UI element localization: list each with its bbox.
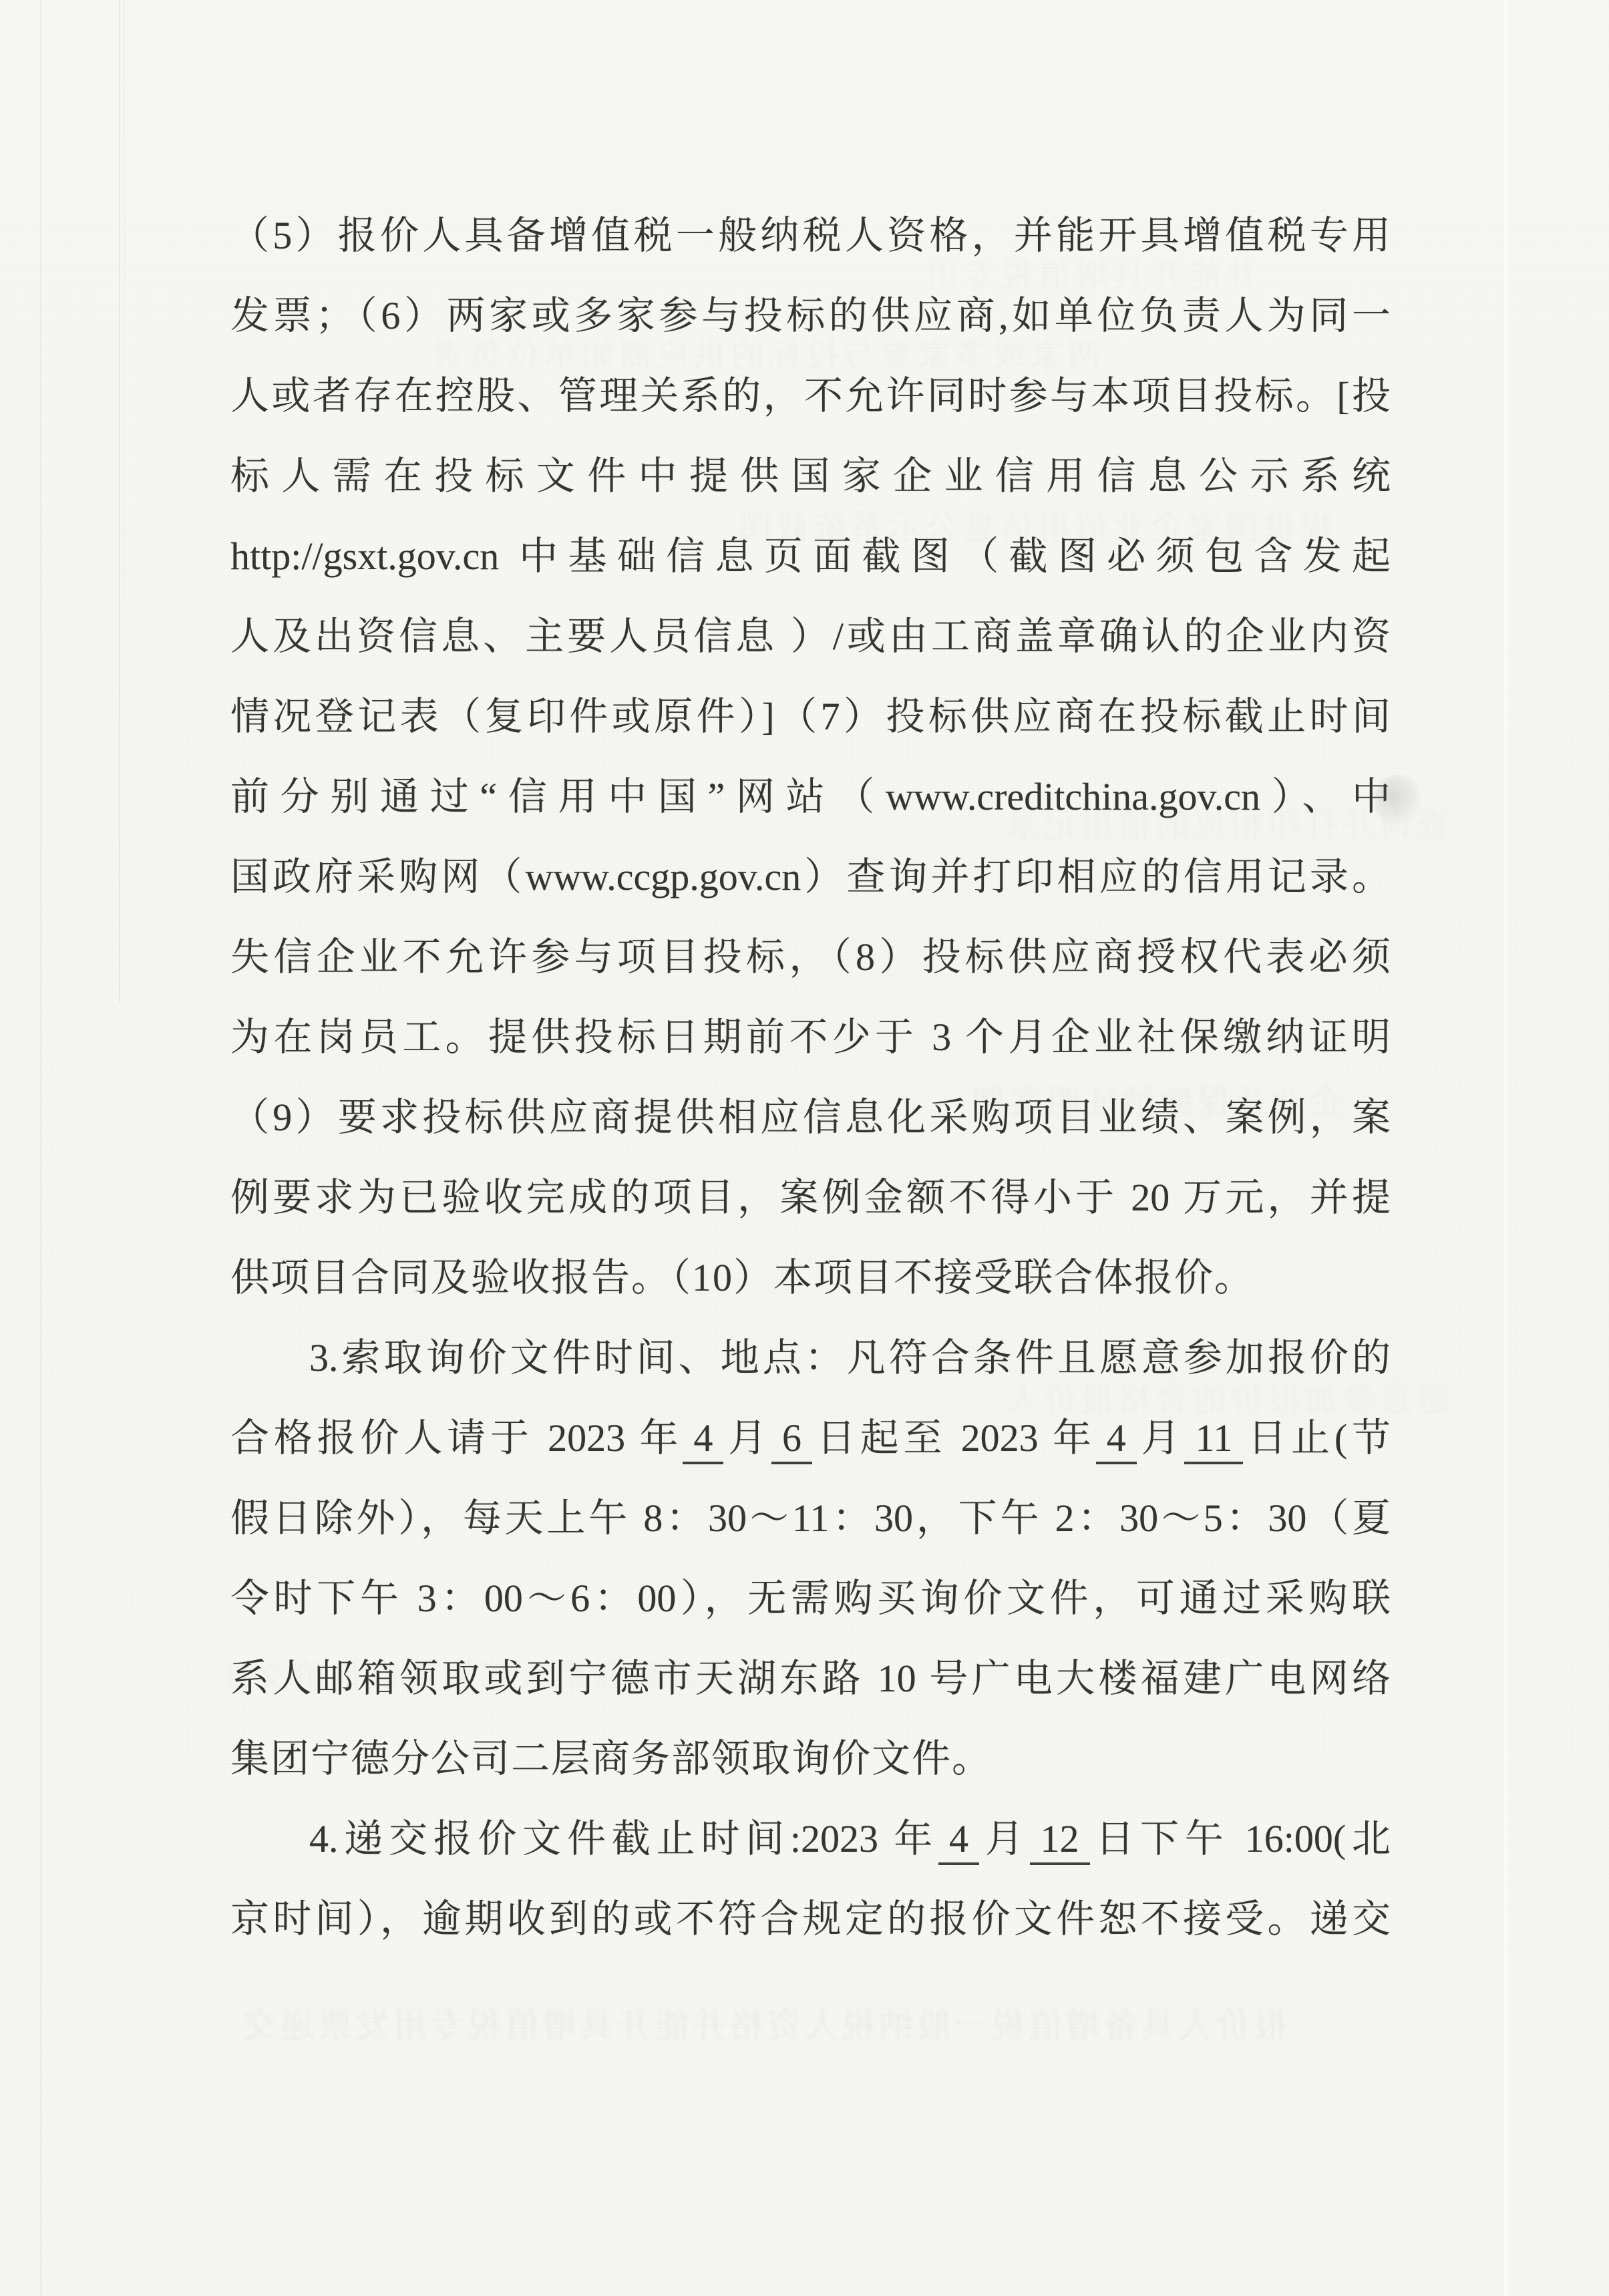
text-segment: 月 [723, 1416, 771, 1460]
text-line: 系人邮箱领取或到宁德市天湖东路 10 号广电大楼福建广电网络 [230, 1639, 1391, 1719]
text-segment: 人及出资信息、主要人员信息 ）/或由工商盖章确认的企业内资 [230, 615, 1391, 658]
underlined-value: 6 [771, 1416, 812, 1464]
text-segment: 日止(节 [1243, 1416, 1391, 1460]
text-line: 供项目合同及验收报告。（10）本项目不接受联合体报价。 [230, 1238, 1391, 1318]
text-segment: 3.索取询价文件时间、地点：凡符合条件且愿意参加报价的 [309, 1336, 1391, 1379]
page-background: 并能开具增值税专用两家或多家参与投标的供应商如单位负责提供国家企业信用信息公示系… [0, 0, 1609, 2296]
text-segment: 月 [979, 1817, 1030, 1860]
text-segment: 京时间），逾期收到的或不符合规定的报价文件恕不接受。递交 [230, 1897, 1391, 1941]
text-segment: 国政府采购网（www.ccgp.gov.cn）查询并打印相应的信用记录。 [230, 855, 1391, 898]
text-segment: 月 [1137, 1416, 1185, 1460]
text-line: 京时间），逾期收到的或不符合规定的报价文件恕不接受。递交 [230, 1879, 1391, 1959]
text-segment: 前分别通过“信用中国”网站（www.creditchina.gov.cn）、中 [230, 775, 1391, 818]
text-line: 发票；（6）两家或多家参与投标的供应商,如单位负责人为同一 [230, 276, 1391, 356]
text-segment: 例要求为已验收完成的项目，案例金额不得小于 20 万元，并提 [230, 1176, 1391, 1219]
text-segment: 情况登记表（复印件或原件）]（7）投标供应商在投标截止时间 [230, 695, 1391, 738]
scan-artifact [1504, 0, 1507, 2296]
text-segment: 假日除外），每天上午 8：30～11：30，下午 2：30～5：30（夏 [230, 1496, 1391, 1540]
underlined-value: 11 [1184, 1416, 1243, 1464]
text-segment: 合格报价人请于 2023 年 [230, 1416, 683, 1460]
underlined-value: 12 [1030, 1817, 1090, 1865]
scan-smudge [1375, 775, 1421, 828]
text-segment: 标人需在投标文件中提供国家企业信用信息公示系统 [230, 454, 1391, 498]
text-line: 假日除外），每天上午 8：30～11：30，下午 2：30～5：30（夏 [230, 1478, 1391, 1559]
text-segment: （9）要求投标供应商提供相应信息化采购项目业绩、案例，案 [230, 1096, 1391, 1139]
document-text: （5）报价人具备增值税一般纳税人资格，并能开具增值税专用发票；（6）两家或多家参… [230, 196, 1391, 1959]
text-line: 4.递交报价文件截止时间:2023 年4月12日下午 16:00(北 [230, 1799, 1391, 1879]
underlined-value: 4 [683, 1416, 723, 1464]
text-line: 国政府采购网（www.ccgp.gov.cn）查询并打印相应的信用记录。 [230, 837, 1391, 917]
text-segment: 集团宁德分公司二层商务部领取询价文件。 [230, 1737, 992, 1780]
text-segment: 为在岗员工。提供投标日期前不少于 3 个月企业社保缴纳证明 [230, 1015, 1391, 1059]
scan-artifact [40, 0, 41, 2296]
text-segment: 发票；（6）两家或多家参与投标的供应商,如单位负责人为同一 [230, 294, 1391, 337]
underlined-value: 4 [938, 1817, 979, 1865]
text-line: 人或者存在控股、管理关系的，不允许同时参与本项目投标。[投 [230, 356, 1391, 436]
text-segment: 人或者存在控股、管理关系的，不允许同时参与本项目投标。[投 [230, 374, 1391, 418]
text-segment: http://gsxt.gov.cn 中基础信息页面截图（截图必须包含发起 [230, 534, 1391, 578]
bleedthrough-text: 报价人具备增值税一般纳税人资格并能开具增值税专用发票递交 [240, 1997, 1288, 2047]
text-line: 失信企业不允许参与项目投标，（8）投标供应商授权代表必须 [230, 917, 1391, 997]
text-line: http://gsxt.gov.cn 中基础信息页面截图（截图必须包含发起 [230, 516, 1391, 597]
text-line: 合格报价人请于 2023 年4月6日起至 2023 年4月11日止(节 [230, 1398, 1391, 1478]
text-line: 集团宁德分公司二层商务部领取询价文件。 [230, 1719, 1391, 1799]
text-segment: 失信企业不允许参与项目投标，（8）投标供应商授权代表必须 [230, 935, 1391, 979]
underlined-value: 4 [1096, 1416, 1137, 1464]
scanned-page: { "page": { "paper_color": "#f6f6f2", "i… [0, 0, 1609, 2296]
text-line: 3.索取询价文件时间、地点：凡符合条件且愿意参加报价的 [230, 1318, 1391, 1398]
text-line: 为在岗员工。提供投标日期前不少于 3 个月企业社保缴纳证明 [230, 997, 1391, 1078]
scan-artifact [124, 0, 125, 601]
text-line: 人及出资信息、主要人员信息 ）/或由工商盖章确认的企业内资 [230, 597, 1391, 677]
text-segment: 4.递交报价文件截止时间:2023 年 [309, 1817, 938, 1860]
text-segment: 日下午 16:00(北 [1090, 1817, 1391, 1860]
text-line: 前分别通过“信用中国”网站（www.creditchina.gov.cn）、中 [230, 757, 1391, 837]
text-line: 例要求为已验收完成的项目，案例金额不得小于 20 万元，并提 [230, 1158, 1391, 1238]
text-line: （9）要求投标供应商提供相应信息化采购项目业绩、案例，案 [230, 1078, 1391, 1158]
text-segment: 令时下午 3：00～6：00），无需购买询价文件，可通过采购联 [230, 1577, 1391, 1620]
text-segment: 日起至 2023 年 [812, 1416, 1096, 1460]
text-line: 标人需在投标文件中提供国家企业信用信息公示系统 [230, 436, 1391, 516]
scan-artifact [119, 0, 120, 1002]
text-line: （5）报价人具备增值税一般纳税人资格，并能开具增值税专用 [230, 196, 1391, 276]
text-line: 情况登记表（复印件或原件）]（7）投标供应商在投标截止时间 [230, 677, 1391, 757]
text-segment: （5）报价人具备增值税一般纳税人资格，并能开具增值税专用 [230, 214, 1391, 257]
text-segment: 供项目合同及验收报告。（10）本项目不接受联合体报价。 [230, 1256, 1254, 1299]
text-line: 令时下午 3：00～6：00），无需购买询价文件，可通过采购联 [230, 1559, 1391, 1639]
text-segment: 系人邮箱领取或到宁德市天湖东路 10 号广电大楼福建广电网络 [230, 1657, 1391, 1700]
